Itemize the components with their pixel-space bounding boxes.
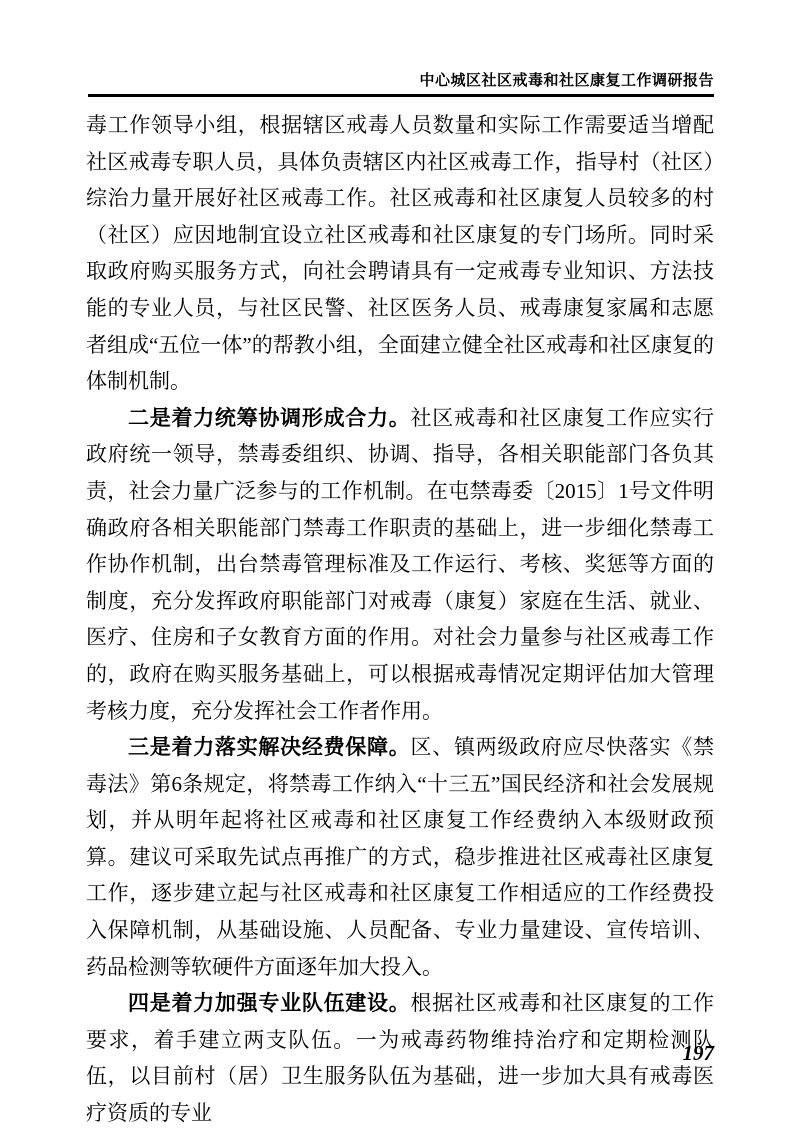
paragraph: 二是着力统筹协调形成合力。社区戒毒和社区康复工作应实行政府统一领导，禁毒委组织、…: [86, 400, 714, 729]
paragraph: 三是着力落实解决经费保障。区、镇两级政府应尽快落实《禁毒法》第6条规定，将禁毒工…: [86, 729, 714, 985]
paragraph-lead: 四是着力加强专业队伍建设。: [128, 991, 411, 1015]
paragraph-lead: 三是着力落实解决经费保障。: [128, 735, 411, 759]
header-rule: [88, 94, 714, 97]
paragraph: 毒工作领导小组，根据辖区戒毒人员数量和实际工作需要适当增配社区戒毒专职人员，具体…: [86, 107, 714, 400]
document-body: 毒工作领导小组，根据辖区戒毒人员数量和实际工作需要适当增配社区戒毒专职人员，具体…: [86, 107, 714, 1132]
paragraph-lead: 二是着力统筹协调形成合力。: [128, 406, 411, 430]
header-title: 中心城区社区戒毒和社区康复工作调研报告: [419, 72, 714, 89]
page-number: 197: [683, 1041, 715, 1066]
page-header: 中心城区社区戒毒和社区康复工作调研报告: [88, 69, 714, 90]
document-page: 中心城区社区戒毒和社区康复工作调研报告 毒工作领导小组，根据辖区戒毒人员数量和实…: [0, 0, 803, 1133]
paragraph: 四是着力加强专业队伍建设。根据社区戒毒和社区康复的工作要求，着手建立两支队伍。一…: [86, 985, 714, 1131]
